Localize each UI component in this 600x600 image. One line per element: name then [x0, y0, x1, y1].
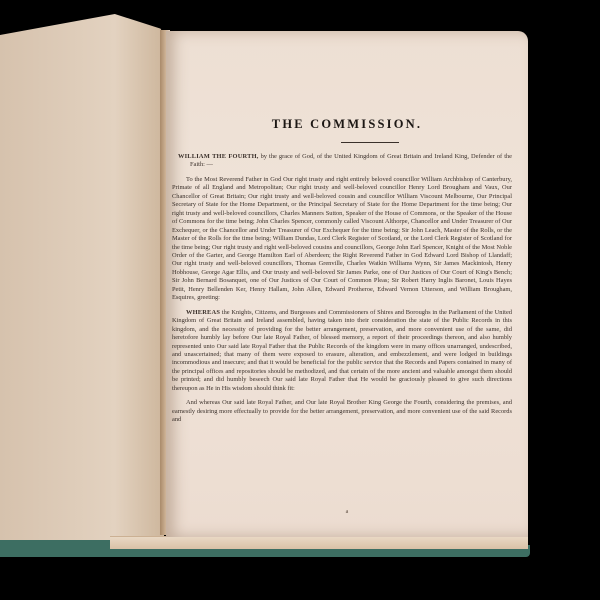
- paragraph-body: To the Most Reverend Father in God Our r…: [172, 176, 512, 301]
- page-signature: a: [166, 509, 528, 515]
- paragraph-salutation: WILLIAM THE FOURTH, by the grace of God,…: [172, 153, 512, 170]
- commission-text: WILLIAM THE FOURTH, by the grace of God,…: [172, 153, 512, 431]
- paragraph-whereas: WHEREAS the Knights, Citizens, and Burge…: [172, 309, 512, 394]
- paragraph-addressees: To the Most Reverend Father in God Our r…: [172, 176, 512, 303]
- page-title: THE COMMISSION.: [166, 117, 528, 132]
- left-page: [0, 14, 164, 540]
- paragraph-lead: WHEREAS: [186, 309, 220, 316]
- paragraph-lead: WILLIAM THE FOURTH,: [178, 153, 259, 160]
- page-edges: [110, 536, 528, 549]
- title-rule: [341, 142, 399, 143]
- paragraph-body: the Knights, Citizens, and Burgesses and…: [172, 309, 512, 392]
- paragraph-and-whereas: And whereas Our said late Royal Father, …: [172, 399, 512, 424]
- paragraph-body: And whereas Our said late Royal Father, …: [172, 399, 512, 423]
- right-page: THE COMMISSION. WILLIAM THE FOURTH, by t…: [166, 31, 528, 537]
